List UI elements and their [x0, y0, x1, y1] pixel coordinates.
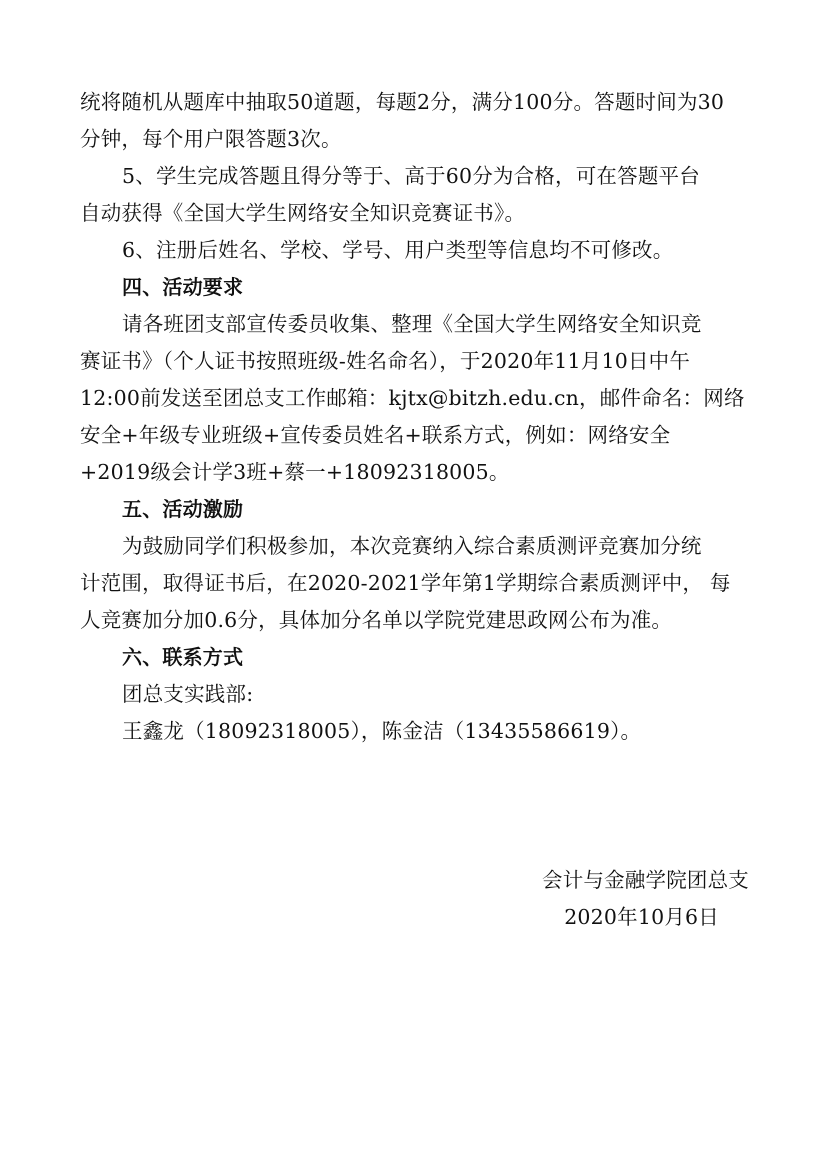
paragraph-line: 计范围，取得证书后，在2020-2021学年第1学期综合素质测评中， 每	[80, 565, 750, 602]
contact-people: 王鑫龙（18092318005），陈金洁（13435586619）。	[80, 713, 750, 750]
document-body: 统将随机从题库中抽取50道题，每题2分，满分100分。答题时间为30 分钟，每个…	[80, 84, 750, 750]
paragraph-line: 安全+年级专业班级+宣传委员姓名+联系方式，例如：网络安全	[80, 417, 750, 454]
section-heading-requirements: 四、活动要求	[80, 269, 750, 306]
section-heading-incentives: 五、活动激励	[80, 491, 750, 528]
paragraph-line: +2019级会计学3班+蔡一+18092318005。	[80, 454, 750, 491]
paragraph-line: 赛证书》（个人证书按照班级-姓名命名），于2020年11月10日中午	[80, 343, 750, 380]
rule-item-5: 5、学生完成答题且得分等于、高于60分为合格，可在答题平台	[80, 158, 750, 195]
contact-department: 团总支实践部:	[80, 676, 750, 713]
signature-organization: 会计与金融学院团总支	[542, 862, 749, 899]
signature-block: 会计与金融学院团总支 2020年10月6日	[542, 862, 749, 936]
paragraph-line: 人竞赛加分加0.6分，具体加分名单以学院党建思政网公布为准。	[80, 602, 750, 639]
paragraph-line: 为鼓励同学们积极参加，本次竞赛纳入综合素质测评竞赛加分统	[80, 528, 750, 565]
paragraph-line: 自动获得《全国大学生网络安全知识竞赛证书》。	[80, 195, 750, 232]
paragraph-line-email: 12:00前发送至团总支工作邮箱：kjtx@bitzh.edu.cn，邮件命名：…	[80, 380, 750, 417]
rule-item-6: 6、注册后姓名、学校、学号、用户类型等信息均不可修改。	[80, 232, 750, 269]
paragraph-line: 统将随机从题库中抽取50道题，每题2分，满分100分。答题时间为30	[80, 84, 750, 121]
paragraph-line: 请各班团支部宣传委员收集、整理《全国大学生网络安全知识竞	[80, 306, 750, 343]
section-heading-contact: 六、联系方式	[80, 639, 750, 676]
signature-date: 2020年10月6日	[542, 899, 749, 936]
paragraph-line: 分钟，每个用户限答题3次。	[80, 121, 750, 158]
